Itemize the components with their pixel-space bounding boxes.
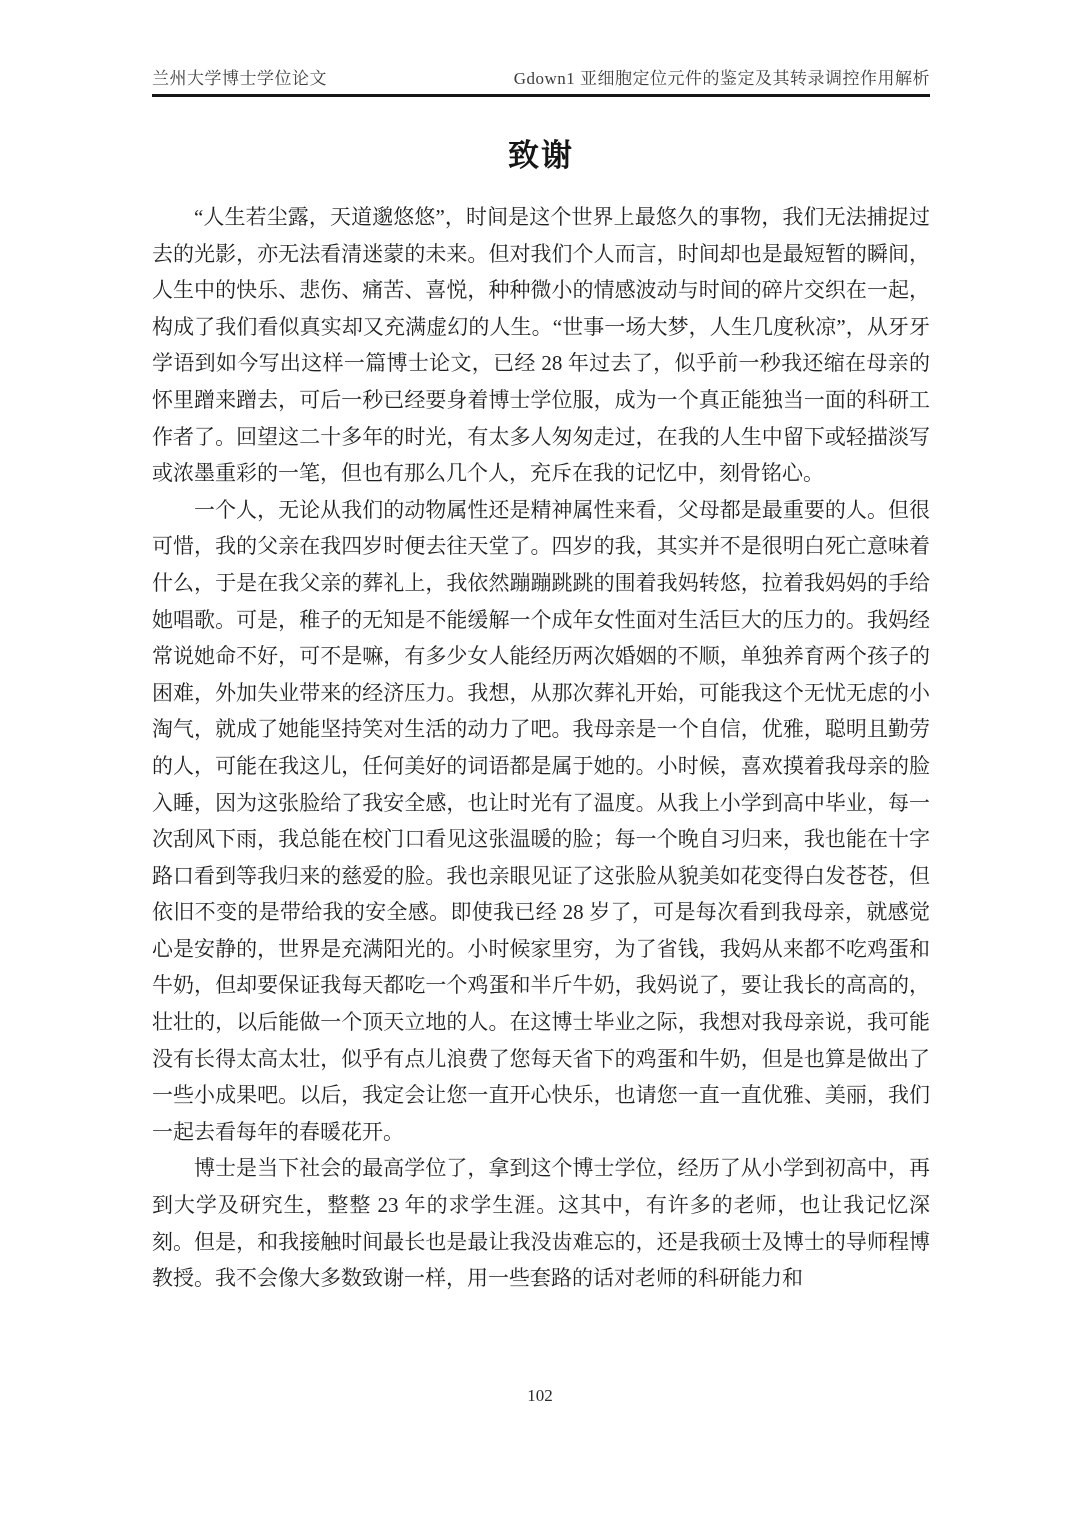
paragraph-1: “人生若尘露，天道邈悠悠”，时间是这个世界上最悠久的事物，我们无法捕捉过去的光影…	[152, 199, 930, 492]
thesis-page: 兰州大学博士学位论文 Gdown1 亚细胞定位元件的鉴定及其转录调控作用解析 致…	[0, 0, 1080, 1528]
header-right-text: Gdown1 亚细胞定位元件的鉴定及其转录调控作用解析	[514, 64, 930, 89]
paragraph-3: 博士是当下社会的最高学位了，拿到这个博士学位，经历了从小学到初高中，再到大学及研…	[152, 1150, 930, 1296]
header-divider	[152, 94, 930, 97]
paragraph-2: 一个人，无论从我们的动物属性还是精神属性来看，父母都是最重要的人。但很可惜，我的…	[152, 492, 930, 1151]
running-header: 兰州大学博士学位论文 Gdown1 亚细胞定位元件的鉴定及其转录调控作用解析	[152, 64, 930, 94]
page-number: 102	[527, 1386, 553, 1405]
document-body: “人生若尘露，天道邈悠悠”，时间是这个世界上最悠久的事物，我们无法捕捉过去的光影…	[152, 199, 930, 1297]
header-left-text: 兰州大学博士学位论文	[152, 64, 327, 89]
page-footer: 102	[0, 1386, 1080, 1406]
page-title: 致谢	[152, 130, 930, 175]
